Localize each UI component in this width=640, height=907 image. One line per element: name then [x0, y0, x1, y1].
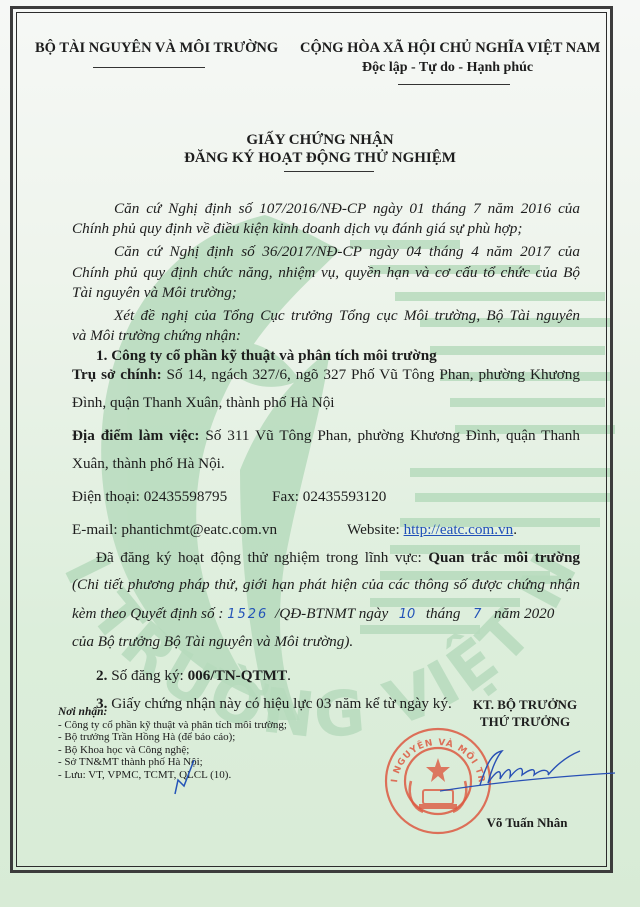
initials-mark-icon	[170, 758, 200, 798]
recipient-item: - Bộ Khoa học và Công nghệ;	[58, 744, 287, 757]
field-prefix: Đã đăng ký hoạt động thử nghiệm trong lĩ…	[96, 549, 428, 566]
motto-underline	[398, 84, 510, 85]
ministry-name: BỘ TÀI NGUYÊN VÀ MÔI TRƯỜNG	[35, 40, 278, 57]
ministry-underline	[93, 67, 205, 68]
preamble-3-line-2: và Môi trường chứng nhận:	[72, 327, 241, 345]
title-underline	[284, 171, 374, 172]
phone: Điện thoại: 02435598795	[72, 488, 227, 506]
website-link[interactable]: http://eatc.com.vn	[404, 521, 514, 538]
decision-month-handwritten: 7	[464, 607, 490, 622]
registration-label: Số đăng ký:	[111, 667, 187, 684]
decision-prefix: kèm theo Quyết định số :	[72, 605, 227, 622]
preamble-2-line-2: Chính phủ quy định chức năng, nhiệm vụ, …	[72, 264, 580, 282]
email: E-mail: phantichmt@eatc.com.vn	[72, 521, 277, 539]
decision-suffix: /QĐ-BTNMT ngày	[275, 605, 392, 622]
field-detail-line-2: kèm theo Quyết định số : 1526 /QĐ-BTNMT …	[72, 605, 580, 623]
recipients-title: Nơi nhận:	[58, 706, 287, 719]
field-detail-line-3: của Bộ trưởng Bộ Tài nguyên và Môi trườn…	[72, 633, 353, 651]
registration-number: 006/TN-QTMT	[188, 667, 288, 684]
recipient-item: - Công ty cổ phần kỹ thuật và phân tích …	[58, 719, 287, 732]
workplace-line-1: Địa điểm làm việc: Số 311 Vũ Tông Phan, …	[72, 427, 580, 445]
preamble-1-line-2: Chính phủ quy định về điều kiện kinh doa…	[72, 220, 522, 238]
certificate-subtitle: ĐĂNG KÝ HOẠT ĐỘNG THỬ NGHIỆM	[0, 150, 640, 167]
nation-name: CỘNG HÒA XÃ HỘI CHỦ NGHĨA VIỆT NAM	[300, 40, 600, 57]
fax: Fax: 02435593120	[272, 488, 386, 506]
workplace-line-2: Xuân, thành phố Hà Nội.	[72, 455, 225, 473]
decision-year: năm 2020	[494, 605, 554, 622]
workplace-label: Địa điểm làm việc:	[72, 427, 199, 444]
field-name: Quan trắc môi trường	[428, 549, 580, 566]
registration-index: 2.	[96, 667, 111, 684]
website-line: Website: http://eatc.com.vn.	[347, 521, 517, 539]
preamble-3-line-1: Xét đề nghị của Tổng Cục trưởng Tổng cục…	[72, 307, 580, 325]
registration-number-line: 2. Số đăng ký: 006/TN-QTMT.	[96, 667, 291, 685]
signatory-role-1: KT. BỘ TRƯỞNG	[445, 697, 605, 713]
month-label: tháng	[426, 605, 461, 622]
website-suffix: .	[513, 521, 517, 538]
registration-suffix: .	[287, 667, 291, 684]
certificate-title: GIẤY CHỨNG NHẬN	[0, 132, 640, 149]
preamble-2-line-3: Tài nguyên và Môi trường;	[72, 284, 237, 302]
company-name: 1. Công ty cổ phần kỹ thuật và phân tích…	[96, 347, 437, 365]
website-label: Website:	[347, 521, 404, 538]
head-office-address: Số 14, ngách 327/6, ngõ 327 Phố Vũ Tông …	[162, 366, 580, 383]
head-office-line-2: Đình, quận Thanh Xuân, thành phố Hà Nội	[72, 394, 335, 412]
preamble-2-line-1: Căn cứ Nghị định số 36/2017/NĐ-CP ngày 0…	[72, 243, 580, 261]
field-line: Đã đăng ký hoạt động thử nghiệm trong lĩ…	[72, 549, 580, 567]
national-motto: Độc lập - Tự do - Hạnh phúc	[362, 60, 533, 76]
decision-day-handwritten: 10	[392, 607, 422, 622]
head-office-label: Trụ sở chính:	[72, 366, 162, 383]
signatory-role-2: THỨ TRƯỞNG	[445, 714, 605, 730]
field-detail-line-1: (Chi tiết phương pháp thử, giới hạn phát…	[72, 576, 580, 594]
decision-number-handwritten: 1526	[227, 607, 271, 622]
signatory-name: Võ Tuấn Nhân	[447, 815, 607, 831]
preamble-1-line-1: Căn cứ Nghị định số 107/2016/NĐ-CP ngày …	[72, 200, 580, 218]
handwritten-signature	[440, 745, 620, 795]
recipient-item: - Bộ trưởng Trần Hồng Hà (để báo cáo);	[58, 731, 287, 744]
workplace-address: Số 311 Vũ Tông Phan, phường Khương Đình,…	[199, 427, 580, 444]
head-office-line-1: Trụ sở chính: Số 14, ngách 327/6, ngõ 32…	[72, 366, 580, 384]
